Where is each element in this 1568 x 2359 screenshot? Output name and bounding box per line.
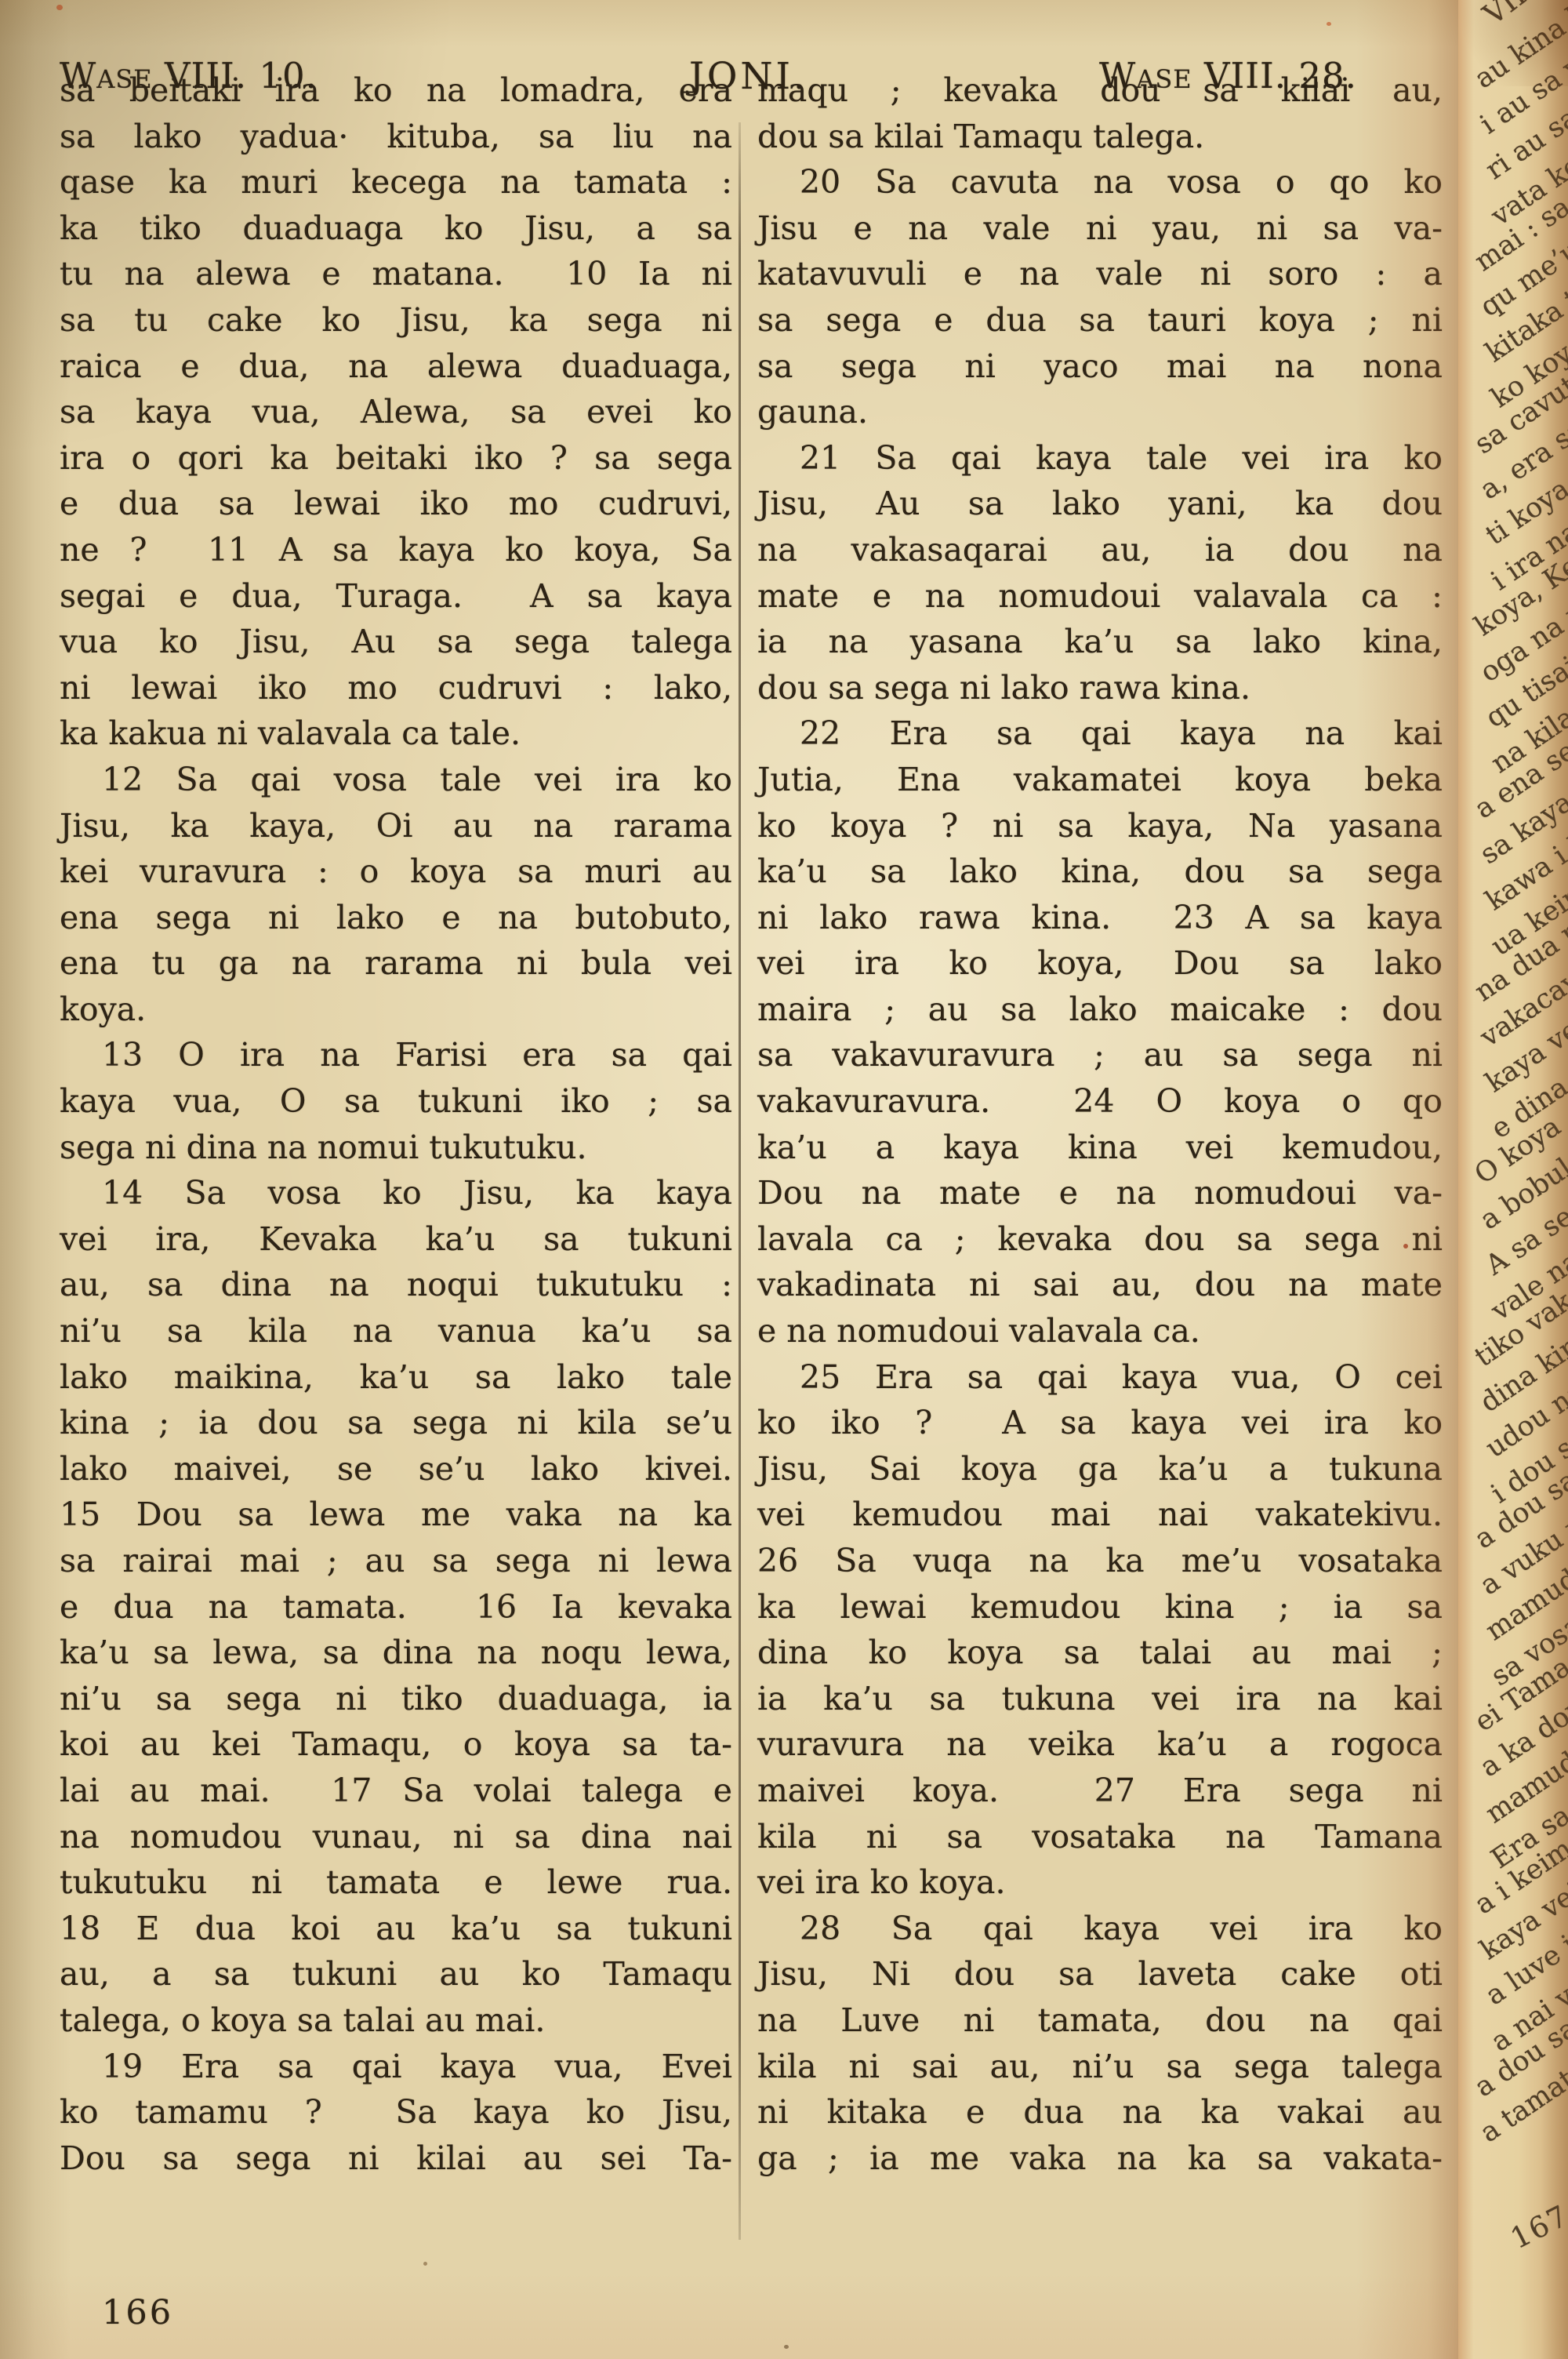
text-line: ena sega ni lako e na butobuto, bbox=[60, 895, 732, 941]
text-line: dou sa kilai Tamaqu talega. bbox=[757, 114, 1443, 160]
text-line: ia na yasana ka’u sa lako kina, bbox=[757, 619, 1443, 665]
text-line: dina ko koya sa talai au mai ; bbox=[757, 1630, 1443, 1676]
text-line: ni lako rawa kina. 23 A sa kaya bbox=[757, 895, 1443, 941]
text-line: sa rairai mai ; au sa sega ni lewa bbox=[60, 1538, 732, 1584]
text-line: ko tamamu ? Sa kaya ko Jisu, bbox=[60, 2089, 732, 2135]
paper-speck bbox=[423, 2262, 427, 2266]
text-line: sa sega ni yaco mai na nona bbox=[757, 343, 1443, 390]
text-line: koya. bbox=[60, 987, 732, 1033]
text-line: ne ? 11 A sa kaya ko koya, Sa bbox=[60, 527, 732, 573]
text-line: e dua na tamata. 16 Ia kevaka bbox=[60, 1584, 732, 1630]
text-line: vei kemudou mai nai vakatekivu. bbox=[757, 1492, 1443, 1538]
text-line: sa beitaki ira ko na lomadra, era bbox=[60, 67, 732, 114]
text-line: vei ira ko koya. bbox=[757, 1859, 1443, 1906]
text-line: kila ni sa vosataka na Tamana bbox=[757, 1814, 1443, 1860]
text-line: 14 Sa vosa ko Jisu, ka kaya bbox=[60, 1170, 732, 1216]
text-line: na vakasaqarai au, ia dou na bbox=[757, 527, 1443, 573]
text-column-left: sa beitaki ira ko na lomadra, erasa lako… bbox=[60, 67, 732, 2181]
text-line: sa tu cake ko Jisu, ka sega ni bbox=[60, 297, 732, 343]
text-line: ka’u a kaya kina vei kemudou, bbox=[757, 1125, 1443, 1171]
paper-speck bbox=[1403, 1244, 1408, 1249]
text-line: ga ; ia me vaka na ka sa vakata- bbox=[757, 2135, 1443, 2182]
text-line: 13 O ira na Farisi era sa qai bbox=[60, 1032, 732, 1078]
text-line: segai e dua, Turaga. A sa kaya bbox=[60, 573, 732, 620]
paper-speck bbox=[784, 2345, 789, 2349]
text-line: 12 Sa qai vosa tale vei ira ko bbox=[60, 757, 732, 803]
scanned-book-page: Wase VIII. 10. JONI. Wase VIII. 28. sa b… bbox=[0, 0, 1568, 2359]
text-line: 18 E dua koi au ka’u sa tukuni bbox=[60, 1906, 732, 1952]
column-divider-rule bbox=[739, 122, 741, 2240]
text-line: mate e na nomudoui valavala ca : bbox=[757, 573, 1443, 620]
text-line: qase ka muri kecega na tamata : bbox=[60, 159, 732, 205]
text-line: maira ; au sa lako maicake : dou bbox=[757, 987, 1443, 1033]
text-line: 15 Dou sa lewa me vaka na ka bbox=[60, 1492, 732, 1538]
text-line: ira o qori ka beitaki iko ? sa sega bbox=[60, 435, 732, 482]
text-line: au, a sa tukuni au ko Tamaqu bbox=[60, 1951, 732, 1997]
text-line: na Luve ni tamata, dou na qai bbox=[757, 1997, 1443, 2044]
text-line: na nomudou vunau, ni sa dina nai bbox=[60, 1814, 732, 1860]
text-line: kina ; ia dou sa sega ni kila se’u bbox=[60, 1400, 732, 1446]
text-line: vakadinata ni sai au, dou na mate bbox=[757, 1262, 1443, 1308]
text-line: sa kaya vua, Alewa, sa evei ko bbox=[60, 389, 732, 435]
next-page-edge: VIII. 29. 167 au kina koi au sa vosari a… bbox=[1458, 0, 1568, 2359]
text-line: Jisu e na vale ni yau, ni sa va- bbox=[757, 205, 1443, 252]
text-line: kei vuravura : o koya sa muri au bbox=[60, 849, 732, 895]
text-line: ka kakua ni valavala ca tale. bbox=[60, 711, 732, 757]
text-line: sa sega e dua sa tauri koya ; ni bbox=[757, 297, 1443, 343]
text-line: ni kitaka e dua na ka vakai au bbox=[757, 2089, 1443, 2135]
text-line: 20 Sa cavuta na vosa o qo ko bbox=[757, 159, 1443, 205]
text-line: ka’u sa lewa, sa dina na noqu lewa, bbox=[60, 1630, 732, 1676]
text-line: katavuvuli e na vale ni soro : a bbox=[757, 251, 1443, 297]
text-line: ni’u sa sega ni tiko duaduaga, ia bbox=[60, 1676, 732, 1722]
text-line: ko koya ? ni sa kaya, Na yasana bbox=[757, 803, 1443, 849]
text-line: lavala ca ; kevaka dou sa sega ni bbox=[757, 1216, 1443, 1263]
text-line: 28 Sa qai kaya vei ira ko bbox=[757, 1906, 1443, 1952]
text-line: koi au kei Tamaqu, o koya sa ta- bbox=[60, 1721, 732, 1768]
text-line: raica e dua, na alewa duaduaga, bbox=[60, 343, 732, 390]
text-line: vei ira, Kevaka ka’u sa tukuni bbox=[60, 1216, 732, 1263]
text-line: 21 Sa qai kaya tale vei ira ko bbox=[757, 435, 1443, 482]
text-line: gauna. bbox=[757, 389, 1443, 435]
paper-speck bbox=[1327, 22, 1331, 26]
text-line: lako maikina, ka’u sa lako tale bbox=[60, 1354, 732, 1401]
text-line: au, sa dina na noqui tukutuku : bbox=[60, 1262, 732, 1308]
text-line: Dou sa sega ni kilai au sei Ta- bbox=[60, 2135, 732, 2182]
text-line: vakavuravura. 24 O koya o qo bbox=[757, 1078, 1443, 1125]
text-line: ena tu ga na rarama ni bula vei bbox=[60, 940, 732, 987]
text-line: ia ka’u sa tukuna vei ira na kai bbox=[757, 1676, 1443, 1722]
text-line: ka’u sa lako kina, dou sa sega bbox=[757, 849, 1443, 895]
text-line: Jutia, Ena vakamatei koya beka bbox=[757, 757, 1443, 803]
page-number: 166 bbox=[102, 2293, 173, 2332]
text-line: ko iko ? A sa kaya vei ira ko bbox=[757, 1400, 1443, 1446]
text-line: sega ni dina na nomui tukutuku. bbox=[60, 1125, 732, 1171]
text-line: maivei koya. 27 Era sega ni bbox=[757, 1768, 1443, 1814]
text-line: lai au mai. 17 Sa volai talega e bbox=[60, 1768, 732, 1814]
text-line: 22 Era sa qai kaya na kai bbox=[757, 711, 1443, 757]
text-line: 26 Sa vuqa na ka me’u vosataka bbox=[757, 1538, 1443, 1584]
text-line: Dou na mate e na nomudoui va- bbox=[757, 1170, 1443, 1216]
text-line: ka tiko duaduaga ko Jisu, a sa bbox=[60, 205, 732, 252]
text-column-right: maqu ; kevaka dou sa kilai au,dou sa kil… bbox=[757, 67, 1443, 2181]
text-line: maqu ; kevaka dou sa kilai au, bbox=[757, 67, 1443, 114]
text-line: Jisu, Au sa lako yani, ka dou bbox=[757, 481, 1443, 527]
text-line: ni lewai iko mo cudruvi : lako, bbox=[60, 665, 732, 711]
page-edge-shade bbox=[1541, 0, 1568, 2359]
text-line: vua ko Jisu, Au sa sega talega bbox=[60, 619, 732, 665]
text-line: Jisu, Ni dou sa laveta cake oti bbox=[757, 1951, 1443, 1997]
text-line: dou sa sega ni lako rawa kina. bbox=[757, 665, 1443, 711]
text-line: ni’u sa kila na vanua ka’u sa bbox=[60, 1308, 732, 1354]
text-line: 19 Era sa qai kaya vua, Evei bbox=[60, 2044, 732, 2090]
text-line: ka lewai kemudou kina ; ia sa bbox=[757, 1584, 1443, 1630]
text-line: vei ira ko koya, Dou sa lako bbox=[757, 940, 1443, 987]
text-line: kila ni sai au, ni’u sa sega talega bbox=[757, 2044, 1443, 2090]
text-line: kaya vua, O sa tukuni iko ; sa bbox=[60, 1078, 732, 1125]
text-line: vuravura na veika ka’u a rogoca bbox=[757, 1721, 1443, 1768]
paper-speck bbox=[56, 5, 63, 10]
text-line: sa lako yadua· kituba, sa liu na bbox=[60, 114, 732, 160]
text-line: e na nomudoui valavala ca. bbox=[757, 1308, 1443, 1354]
text-line: 25 Era sa qai kaya vua, O cei bbox=[757, 1354, 1443, 1401]
text-line: Jisu, Sai koya ga ka’u a tukuna bbox=[757, 1446, 1443, 1492]
text-line: tu na alewa e matana. 10 Ia ni bbox=[60, 251, 732, 297]
text-line: e dua sa lewai iko mo cudruvi, bbox=[60, 481, 732, 527]
text-line: tukutuku ni tamata e lewe rua. bbox=[60, 1859, 732, 1906]
text-line: talega, o koya sa talai au mai. bbox=[60, 1997, 732, 2044]
text-line: sa vakavuravura ; au sa sega ni bbox=[757, 1032, 1443, 1078]
text-line: lako maivei, se se’u lako kivei. bbox=[60, 1446, 732, 1492]
text-line: Jisu, ka kaya, Oi au na rarama bbox=[60, 803, 732, 849]
